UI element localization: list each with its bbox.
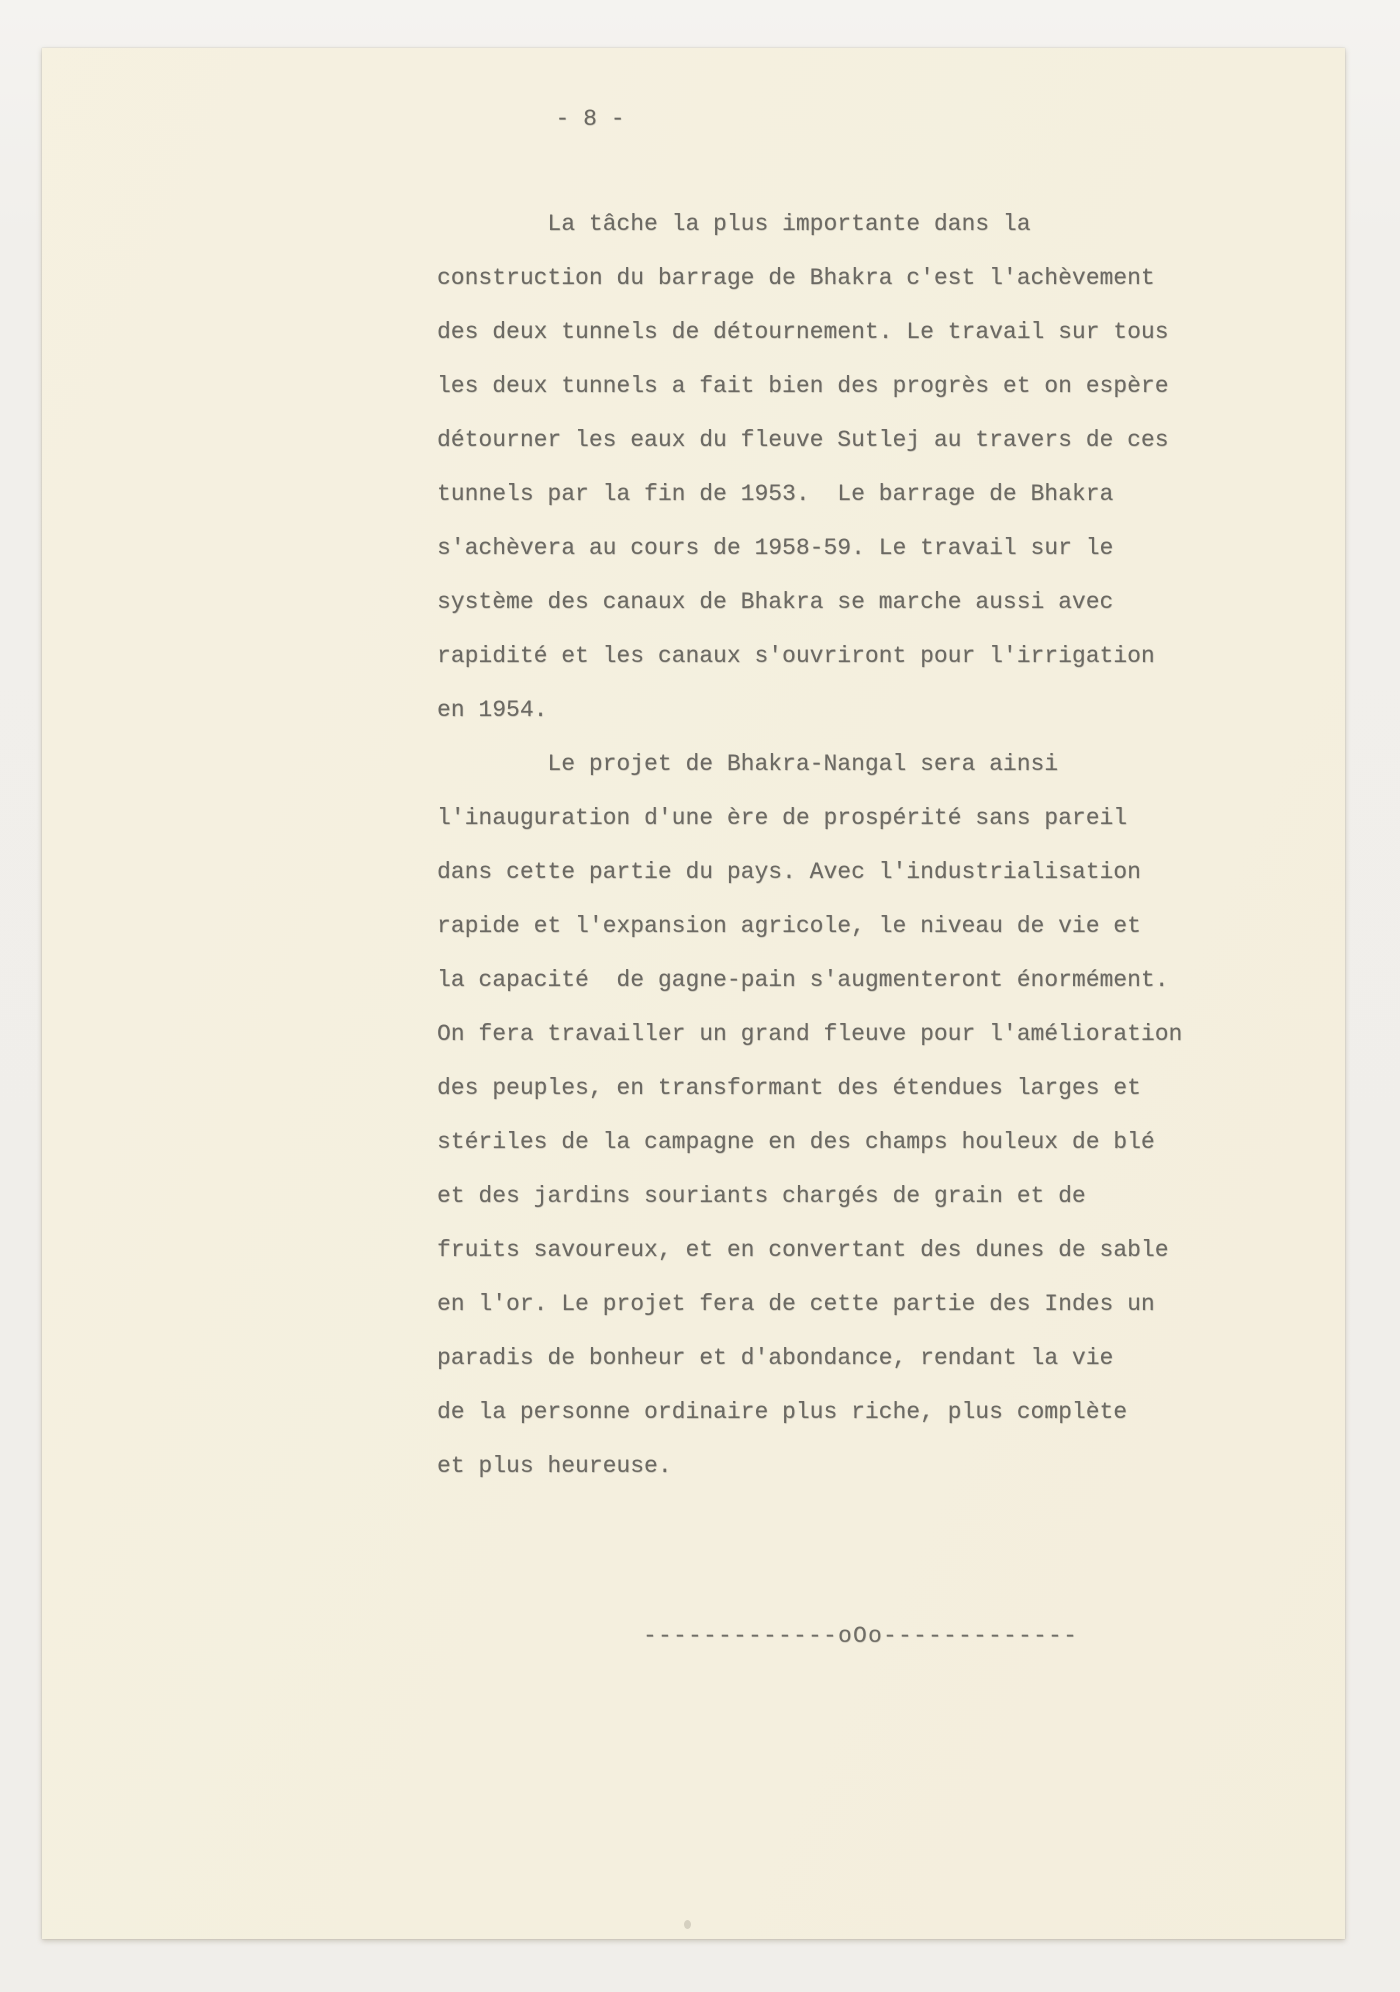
text-line: les deux tunnels a fait bien des progrès… xyxy=(437,359,1227,413)
text-line: l'inauguration d'une ère de prospérité s… xyxy=(437,791,1227,845)
typewritten-text: La tâche la plus importante dans la cons… xyxy=(437,197,1227,1493)
text-line: tunnels par la fin de 1953. Le barrage d… xyxy=(437,467,1227,521)
document-page: - 8 - La tâche la plus importante dans l… xyxy=(42,48,1345,1939)
text-line: construction du barrage de Bhakra c'est … xyxy=(437,251,1227,305)
text-line: des peuples, en transformant des étendue… xyxy=(437,1061,1227,1115)
text-line: rapidité et les canaux s'ouvriront pour … xyxy=(437,629,1227,683)
text-line: en l'or. Le projet fera de cette partie … xyxy=(437,1277,1227,1331)
text-line: des deux tunnels de détournement. Le tra… xyxy=(437,305,1227,359)
text-line: On fera travailler un grand fleuve pour … xyxy=(437,1007,1227,1061)
text-line: La tâche la plus importante dans la xyxy=(437,197,1227,251)
text-line: la capacité de gagne-pain s'augmenteront… xyxy=(437,953,1227,1007)
text-line: dans cette partie du pays. Avec l'indust… xyxy=(437,845,1227,899)
text-line: rapide et l'expansion agricole, le nivea… xyxy=(437,899,1227,953)
text-line: système des canaux de Bhakra se marche a… xyxy=(437,575,1227,629)
text-line: et des jardins souriants chargés de grai… xyxy=(437,1169,1227,1223)
text-line: Le projet de Bhakra-Nangal sera ainsi xyxy=(437,737,1227,791)
text-line: et plus heureuse. xyxy=(437,1439,1227,1493)
text-line: en 1954. xyxy=(437,683,1227,737)
text-line: paradis de bonheur et d'abondance, renda… xyxy=(437,1331,1227,1385)
text-line: s'achèvera au cours de 1958-59. Le trava… xyxy=(437,521,1227,575)
text-line: stériles de la campagne en des champs ho… xyxy=(437,1115,1227,1169)
end-separator: -------------oOo------------- xyxy=(643,1609,1078,1663)
text-line: détourner les eaux du fleuve Sutlej au t… xyxy=(437,413,1227,467)
page-number: - 8 - xyxy=(520,92,660,146)
paper-smudge xyxy=(684,1920,691,1929)
text-line: de la personne ordinaire plus riche, plu… xyxy=(437,1385,1227,1439)
text-line: fruits savoureux, et en convertant des d… xyxy=(437,1223,1227,1277)
